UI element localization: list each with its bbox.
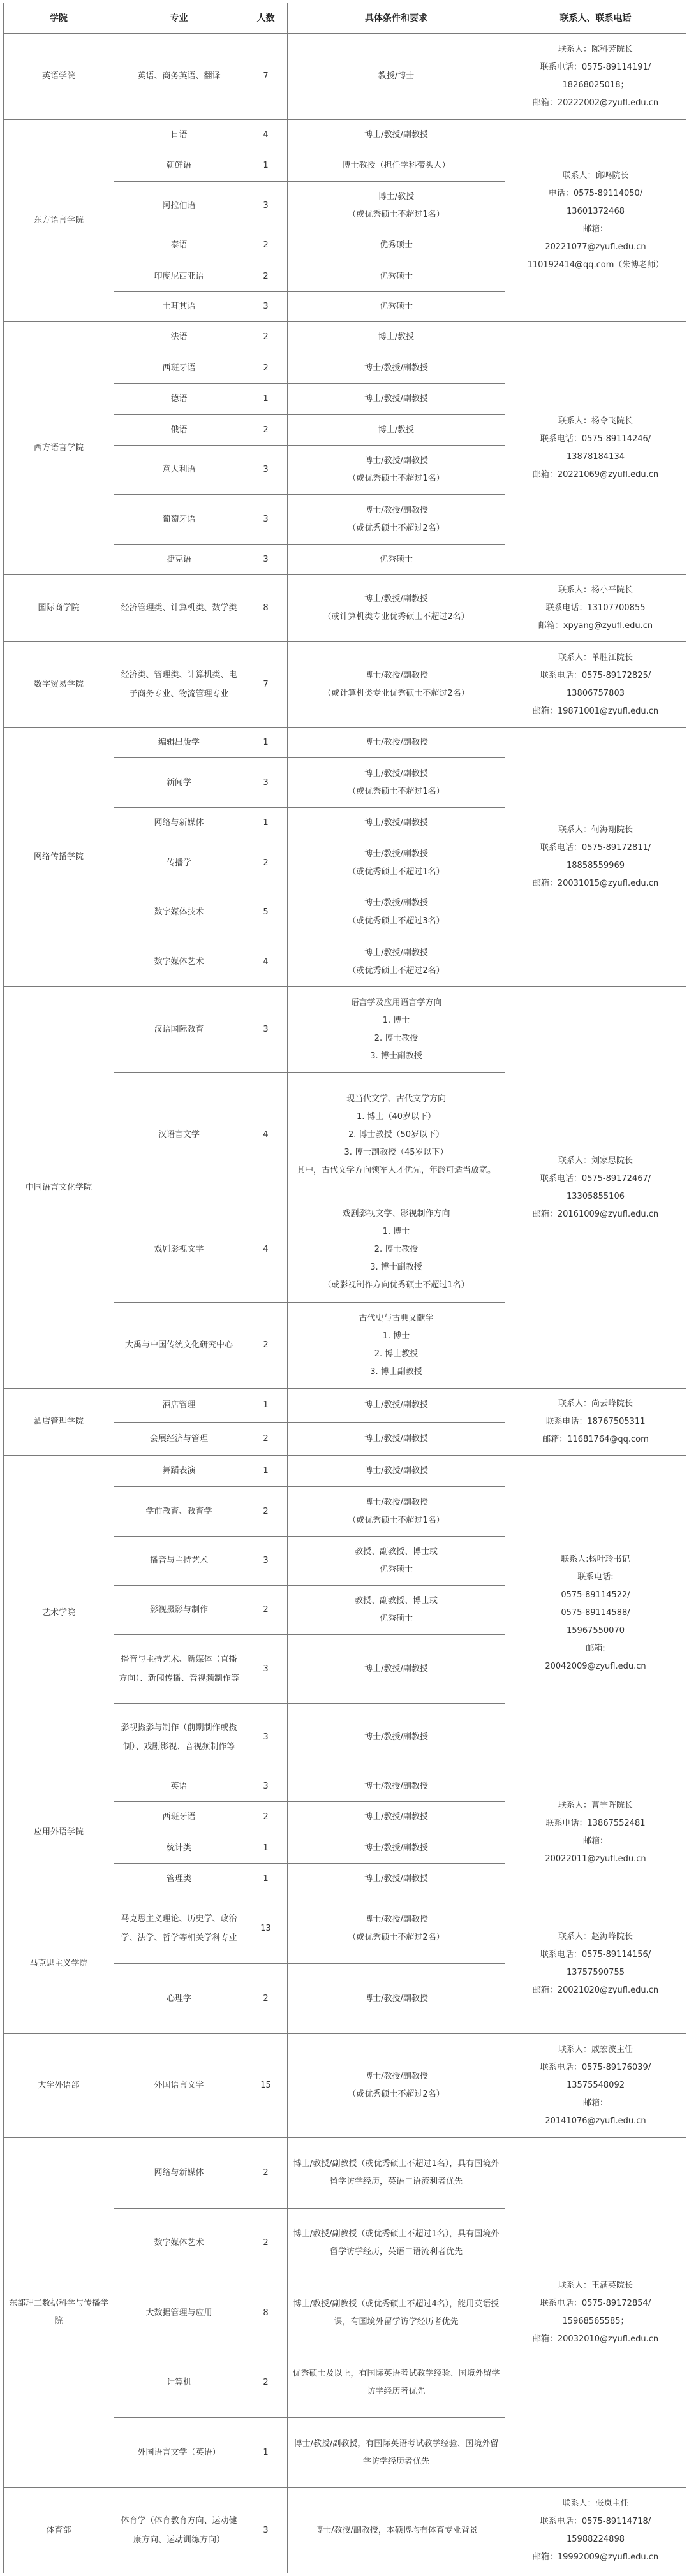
requirement-line: （或优秀硕士不超过1名） [292, 206, 501, 224]
count-cell: 2 [244, 2348, 288, 2418]
requirements-cell: 戏剧影视文学、影视制作方向1. 博士2. 博士教授3. 博士副教授（或影视制作方… [288, 1197, 505, 1303]
contact-line: 联系电话：0575-89114246/ [509, 430, 682, 448]
requirements-cell: 博士/教授/副教授（或优秀硕士不超过2名） [288, 1894, 505, 1964]
requirements-cell: 博士/教授/副教授（或优秀硕士不超过1名） [288, 838, 505, 888]
count-cell: 3 [244, 1537, 288, 1586]
requirement-line: 3. 博士副教授 [292, 1363, 501, 1381]
count-cell: 3 [244, 1635, 288, 1704]
requirement-line: 博士/教授/副教授 [292, 2068, 501, 2086]
requirements-cell: 博士/教授/副教授 [288, 808, 505, 838]
contact-line: 13575548092 [509, 2077, 682, 2095]
college-name: 东方语言学院 [4, 120, 114, 322]
count-cell: 3 [244, 182, 288, 230]
contact-line: 13757590755 [509, 1964, 682, 1982]
college-name: 应用外语学院 [4, 1771, 114, 1894]
requirement-line: （或优秀硕士不超过1名） [292, 783, 501, 801]
contact-line: 联系电话：0575-89172811/ [509, 839, 682, 857]
requirement-line: 博士/教授/副教授 [292, 667, 501, 685]
requirements-cell: 博士/教授/副教授（或优秀硕士不超过1名），具有国境外留学访学经历，英语口语流利… [288, 2209, 505, 2278]
header-college: 学院 [4, 3, 114, 34]
requirement-line: （或优秀硕士不超过1名） [292, 863, 501, 881]
major-cell: 西班牙语 [114, 1802, 244, 1833]
contact-cell: 联系人:杨叶玲书记联系电话:0575-89114522/0575-8911458… [505, 1456, 686, 1771]
requirements-cell: 博士/教授/副教授 [288, 1771, 505, 1802]
major-cell: 汉语国际教育 [114, 987, 244, 1073]
requirements-cell: 优秀硕士及以上，有国际英语考试教学经验、国境外留学访学经历者优先 [288, 2348, 505, 2418]
requirements-cell: 博士/教授/副教授 [288, 384, 505, 415]
requirements-cell: 博士/教授/副教授 [288, 353, 505, 384]
count-cell: 1 [244, 808, 288, 838]
count-cell: 2 [244, 261, 288, 292]
major-cell: 法语 [114, 322, 244, 353]
requirement-line: 3. 博士副教授 [292, 1048, 501, 1065]
contact-line: 13806757803 [509, 685, 682, 703]
contact-line: 联系人：赵海峰院长 [509, 1928, 682, 1946]
count-cell: 2 [244, 838, 288, 888]
requirement-line: 博士/教授/副教授 [292, 1840, 501, 1857]
requirement-line: （或影视制作方向优秀硕士不超过1名） [292, 1277, 501, 1294]
contact-line: 联系人：张岚主任 [509, 2495, 682, 2513]
requirement-line: 1. 博士 [292, 1012, 501, 1030]
contact-line: 邮箱：20031015@zyufl.edu.cn [509, 875, 682, 893]
count-cell: 2 [244, 2209, 288, 2278]
table-row: 数字贸易学院经济类、管理类、计算机类、电子商务专业、物流管理专业7博士/教授/副… [4, 642, 686, 728]
requirements-cell: 博士/教授 [288, 322, 505, 353]
major-cell: 大数据管理与应用 [114, 2278, 244, 2348]
requirements-cell: 博士/教授/副教授（或计算机类专业优秀硕士不超过2名） [288, 575, 505, 642]
requirements-cell: 博士/教授/副教授（或优秀硕士不超过2名） [288, 495, 505, 545]
requirements-cell: 古代史与古典文献学1. 博士2. 博士教授3. 博士副教授 [288, 1303, 505, 1389]
contact-line: 110192414@qq.com（朱博老师） [509, 256, 682, 274]
count-cell: 7 [244, 34, 288, 120]
major-cell: 新闻学 [114, 758, 244, 808]
requirements-cell: 语言学及应用语言学方向1. 博士2. 博士教授3. 博士副教授 [288, 987, 505, 1073]
requirement-line: 博士/教授/副教授 [292, 360, 501, 377]
requirement-line: 博士/教授/副教授 [292, 1990, 501, 2008]
requirement-line: 2. 博士教授 [292, 1241, 501, 1259]
requirement-line: 博士/教授/副教授 [292, 390, 501, 408]
major-cell: 酒店管理 [114, 1389, 244, 1423]
table-row: 国际商学院经济管理类、计算机类、数学类8博士/教授/副教授（或计算机类专业优秀硕… [4, 575, 686, 642]
contact-line: 20022011@zyufl.edu.cn [509, 1850, 682, 1868]
requirement-line: 博士/教授/副教授 [292, 944, 501, 962]
requirements-cell: 博士/教授/副教授 [288, 1456, 505, 1487]
contact-line: 邮箱: [509, 1640, 682, 1658]
requirements-cell: 博士/教授/副教授 [288, 1802, 505, 1833]
contact-line: 邮箱： [509, 221, 682, 238]
contact-line: 联系电话: [509, 1569, 682, 1586]
requirement-line: 2. 博士教授 [292, 1345, 501, 1363]
requirement-line: 博士/教授/副教授 [292, 1660, 501, 1678]
count-cell: 8 [244, 2278, 288, 2348]
requirement-line: 博士/教授/副教授 [292, 1396, 501, 1414]
major-cell: 网络与新媒体 [114, 2138, 244, 2209]
header-count: 人数 [244, 3, 288, 34]
requirement-line: 优秀硕士 [292, 1561, 501, 1579]
contact-line: 0575-89114588/ [509, 1604, 682, 1622]
contact-line: 联系电话：0575-89172467/ [509, 1170, 682, 1188]
contact-line: 15968565585； [509, 2313, 682, 2331]
count-cell: 1 [244, 384, 288, 415]
requirements-cell: 教授、副教授、博士或优秀硕士 [288, 1537, 505, 1586]
requirement-line: （或优秀硕士不超过2名） [292, 520, 501, 538]
requirements-cell: 博士/教授/副教授 [288, 728, 505, 758]
requirement-line: （或优秀硕士不超过2名） [292, 1929, 501, 1947]
contact-line: 联系人：单胜江院长 [509, 649, 682, 667]
contact-line: 15988224898 [509, 2531, 682, 2549]
contact-line: 联系人：曹宇晖院长 [509, 1797, 682, 1815]
contact-line: 联系人：尚云峰院长 [509, 1395, 682, 1413]
requirement-line: 博士/教授/副教授，本硕博均有体育专业背景 [292, 2522, 501, 2540]
requirement-line: （或优秀硕士不超过3名） [292, 912, 501, 930]
contact-line: 联系人：杨小平院长 [509, 582, 682, 599]
table-row: 大学外语部外国语言文学15博士/教授/副教授（或优秀硕士不超过2名）联系人：戚宏… [4, 2034, 686, 2138]
major-cell: 德语 [114, 384, 244, 415]
major-cell: 阿拉伯语 [114, 182, 244, 230]
requirement-line: 博士/教授/副教授 [292, 1911, 501, 1929]
count-cell: 1 [244, 728, 288, 758]
contact-line: 联系人：刘家思院长 [509, 1152, 682, 1170]
contact-cell: 联系人：尚云峰院长联系电话：18767505311邮箱：11681764@qq.… [505, 1389, 686, 1456]
contact-line: 联系人：戚宏波主任 [509, 2041, 682, 2059]
major-cell: 管理类 [114, 1864, 244, 1894]
recruitment-table: 学院 专业 人数 具体条件和要求 联系人、联系电话 英语学院英语、商务英语、翻译… [3, 3, 686, 2573]
header-requirements: 具体条件和要求 [288, 3, 505, 34]
contact-line: 邮箱：20161009@zyufl.edu.cn [509, 1206, 682, 1224]
college-name: 酒店管理学院 [4, 1389, 114, 1456]
contact-cell: 联系人：邱鸣院长电话：0575-89114050/13601372468邮箱：2… [505, 120, 686, 322]
requirement-line: 博士/教授/副教授 [292, 1462, 501, 1480]
requirement-line: 博士/教授/副教授 [292, 1729, 501, 1746]
count-cell: 2 [244, 1586, 288, 1635]
requirement-line: 博士/教授/副教授 [292, 734, 501, 752]
contact-line: 邮箱：xpyang@zyufl.edu.cn [509, 617, 682, 635]
major-cell: 意大利语 [114, 446, 244, 495]
requirement-line: 现当代文学、古代文学方向 [292, 1090, 501, 1108]
major-cell: 戏剧影视文学 [114, 1197, 244, 1303]
requirement-line: 戏剧影视文学、影视制作方向 [292, 1205, 501, 1223]
contact-line: 邮箱：20222002@zyufl.edu.cn [509, 94, 682, 112]
requirement-line: （或优秀硕士不超过2名） [292, 962, 501, 980]
count-cell: 1 [244, 150, 288, 182]
contact-line: 邮箱：20221069@zyufl.edu.cn [509, 466, 682, 484]
contact-line: 联系人：陈科芳院长 [509, 41, 682, 59]
contact-cell: 联系人：王满英院长联系电话：0575-89172854/15968565585；… [505, 2138, 686, 2488]
count-cell: 3 [244, 446, 288, 495]
requirements-cell: 教授、副教授、博士或优秀硕士 [288, 1586, 505, 1635]
major-cell: 俄语 [114, 415, 244, 446]
requirements-cell: 博士/教授/副教授 [288, 1635, 505, 1704]
requirement-line: 3. 博士副教授 [292, 1259, 501, 1277]
major-cell: 网络与新媒体 [114, 808, 244, 838]
requirement-line: 博士/教授/副教授 [292, 845, 501, 863]
contact-cell: 联系人：单胜江院长联系电话：0575-89172825/13806757803邮… [505, 642, 686, 728]
major-cell: 西班牙语 [114, 353, 244, 384]
count-cell: 1 [244, 2418, 288, 2488]
contact-line: 联系人：何海翔院长 [509, 821, 682, 839]
college-name: 体育部 [4, 2488, 114, 2573]
count-cell: 2 [244, 322, 288, 353]
major-cell: 大禹与中国传统文化研究中心 [114, 1303, 244, 1389]
header-major: 专业 [114, 3, 244, 34]
college-name: 中国语言文化学院 [4, 987, 114, 1389]
requirements-cell: 优秀硕士 [288, 545, 505, 575]
requirement-line: 博士教授（担任学科带头人） [292, 157, 501, 175]
contact-cell: 联系人：杨小平院长联系电话：13107700855邮箱：xpyang@zyufl… [505, 575, 686, 642]
requirements-cell: 博士/教授/副教授（或优秀硕士不超过1名） [288, 1487, 505, 1537]
contact-line: 15967550070 [509, 1622, 682, 1640]
requirement-line: 博士/教授/副教授（或优秀硕士不超过1名），具有国境外留学访学经历，英语口语流利… [292, 2155, 501, 2191]
count-cell: 1 [244, 1456, 288, 1487]
contact-cell: 联系人：陈科芳院长联系电话：0575-89114191/18268025018；… [505, 34, 686, 120]
college-name: 大学外语部 [4, 2034, 114, 2138]
requirement-line: （或优秀硕士不超过1名） [292, 470, 501, 488]
table-row: 酒店管理学院酒店管理1博士/教授/副教授联系人：尚云峰院长联系电话：187675… [4, 1389, 686, 1423]
requirements-cell: 优秀硕士 [288, 261, 505, 292]
requirement-line: （或优秀硕士不超过2名） [292, 2086, 501, 2104]
requirement-line: 博士/教授 [292, 421, 501, 439]
count-cell: 8 [244, 575, 288, 642]
contact-cell: 联系人：何海翔院长联系电话：0575-89172811/18858559969邮… [505, 728, 686, 987]
requirements-cell: 博士/教授/副教授（或计算机类专业优秀硕士不超过2名） [288, 642, 505, 728]
requirement-line: 博士/教授/副教授 [292, 765, 501, 783]
college-name: 数字贸易学院 [4, 642, 114, 728]
major-cell: 葡萄牙语 [114, 495, 244, 545]
college-name: 国际商学院 [4, 575, 114, 642]
requirement-line: （或计算机类专业优秀硕士不超过2名） [292, 608, 501, 626]
requirements-cell: 优秀硕士 [288, 292, 505, 322]
requirement-line: 2. 博士教授 [292, 1030, 501, 1048]
requirement-line: 博士/教授/副教授 [292, 590, 501, 608]
count-cell: 4 [244, 1073, 288, 1197]
requirement-line: 优秀硕士 [292, 237, 501, 254]
count-cell: 3 [244, 2488, 288, 2573]
major-cell: 计算机 [114, 2348, 244, 2418]
major-cell: 学前教育、教育学 [114, 1487, 244, 1537]
requirement-line: 博士/教授/副教授，有国际英语考试教学经验、国境外留学访学经历者优先 [292, 2435, 501, 2471]
major-cell: 体育学（体育教育方向、运动健康方向、运动训练方向） [114, 2488, 244, 2573]
count-cell: 1 [244, 1389, 288, 1423]
table-row: 中国语言文化学院汉语国际教育3语言学及应用语言学方向1. 博士2. 博士教授3.… [4, 987, 686, 1073]
requirement-line: 博士/教授/副教授 [292, 502, 501, 520]
count-cell: 2 [244, 1423, 288, 1456]
count-cell: 1 [244, 1833, 288, 1864]
contact-line: 13878184134 [509, 448, 682, 466]
contact-line: 邮箱：19992009@zyufl.edu.cn [509, 2549, 682, 2566]
contact-line: 20141076@zyufl.edu.cn [509, 2112, 682, 2130]
requirement-line: 博士/教授/副教授 [292, 1870, 501, 1888]
contact-line: 联系电话：13867552481 [509, 1815, 682, 1833]
count-cell: 2 [244, 230, 288, 261]
requirements-cell: 博士/教授/副教授（或优秀硕士不超过1名），具有国境外留学访学经历，英语口语流利… [288, 2138, 505, 2209]
contact-line: 邮箱： [509, 2095, 682, 2112]
requirement-line: 博士/教授/副教授 [292, 1430, 501, 1448]
requirement-line: 博士/教授/副教授 [292, 1808, 501, 1826]
major-cell: 心理学 [114, 1964, 244, 2034]
major-cell: 经济管理类、计算机类、数学类 [114, 575, 244, 642]
requirement-line: 博士/教授/副教授 [292, 895, 501, 912]
requirement-line: 博士/教授/副教授 [292, 1778, 501, 1796]
contact-line: 18858559969 [509, 857, 682, 875]
requirements-cell: 博士/教授/副教授，本硕博均有体育专业背景 [288, 2488, 505, 2573]
requirement-line: （或计算机类专业优秀硕士不超过2名） [292, 685, 501, 703]
table-body: 英语学院英语、商务英语、翻译7教授/博士联系人：陈科芳院长联系电话：0575-8… [4, 34, 686, 2573]
table-row: 西方语言学院法语2博士/教授联系人：杨令飞院长联系电话：0575-8911424… [4, 322, 686, 353]
college-name: 西方语言学院 [4, 322, 114, 575]
college-name: 艺术学院 [4, 1456, 114, 1771]
requirement-line: 教授、副教授、博士或 [292, 1543, 501, 1561]
count-cell: 13 [244, 1894, 288, 1964]
requirements-cell: 博士/教授/副教授 [288, 1964, 505, 2034]
requirements-cell: 博士/教授/副教授 [288, 1833, 505, 1864]
major-cell: 捷克语 [114, 545, 244, 575]
major-cell: 土耳其语 [114, 292, 244, 322]
requirements-cell: 博士/教授/副教授 [288, 1389, 505, 1423]
major-cell: 印度尼西亚语 [114, 261, 244, 292]
count-cell: 3 [244, 1771, 288, 1802]
table-row: 英语学院英语、商务英语、翻译7教授/博士联系人：陈科芳院长联系电话：0575-8… [4, 34, 686, 120]
major-cell: 汉语言文学 [114, 1073, 244, 1197]
contact-line: 联系电话：0575-89114156/ [509, 1946, 682, 1964]
count-cell: 2 [244, 1303, 288, 1389]
contact-line: 联系电话：0575-89114718/ [509, 2513, 682, 2531]
count-cell: 15 [244, 2034, 288, 2138]
table-row: 马克思主义学院马克思主义理论、历史学、政治学、法学、哲学等相关学科专业13博士/… [4, 1894, 686, 1964]
requirement-line: 教授、副教授、博士或 [292, 1592, 501, 1610]
major-cell: 英语、商务英语、翻译 [114, 34, 244, 120]
requirement-line: 博士/教授/副教授 [292, 1494, 501, 1512]
requirement-line: 教授/博士 [292, 68, 501, 85]
table-row: 网络传播学院编辑出版学1博士/教授/副教授联系人：何海翔院长联系电话：0575-… [4, 728, 686, 758]
count-cell: 3 [244, 495, 288, 545]
college-name: 马克思主义学院 [4, 1894, 114, 2034]
count-cell: 4 [244, 120, 288, 150]
requirements-cell: 博士/教授/副教授，有国际英语考试教学经验、国境外留学访学经历者优先 [288, 2418, 505, 2488]
contact-line: 18268025018； [509, 77, 682, 94]
contact-cell: 联系人：赵海峰院长联系电话：0575-89114156/13757590755邮… [505, 1894, 686, 2034]
major-cell: 数字媒体技术 [114, 888, 244, 937]
major-cell: 马克思主义理论、历史学、政治学、法学、哲学等相关学科专业 [114, 1894, 244, 1964]
contact-line: 联系人：杨令飞院长 [509, 413, 682, 430]
requirement-line: 博士/教授/副教授 [292, 814, 501, 832]
major-cell: 数字媒体艺术 [114, 2209, 244, 2278]
major-cell: 数字媒体艺术 [114, 937, 244, 987]
requirement-line: 博士/教授 [292, 328, 501, 346]
major-cell: 经济类、管理类、计算机类、电子商务专业、物流管理专业 [114, 642, 244, 728]
contact-line: 联系电话：13107700855 [509, 599, 682, 617]
requirements-cell: 博士/教授/副教授（或优秀硕士不超过4名），能用英语授课，有国境外留学访学经历者… [288, 2278, 505, 2348]
college-name: 网络传播学院 [4, 728, 114, 987]
requirement-line: 博士/教授/副教授（或优秀硕士不超过4名），能用英语授课，有国境外留学访学经历者… [292, 2295, 501, 2331]
table-row: 体育部体育学（体育教育方向、运动健康方向、运动训练方向）3博士/教授/副教授，本… [4, 2488, 686, 2573]
count-cell: 2 [244, 415, 288, 446]
contact-line: 联系人:杨叶玲书记 [509, 1551, 682, 1569]
requirements-cell: 博士/教授/副教授 [288, 1423, 505, 1456]
count-cell: 2 [244, 1802, 288, 1833]
requirement-line: 2. 博士教授（50岁以下） [292, 1126, 501, 1144]
count-cell: 5 [244, 888, 288, 937]
count-cell: 3 [244, 987, 288, 1073]
contact-line: 联系电话：0575-89114191/ [509, 59, 682, 77]
requirements-cell: 博士/教授/副教授 [288, 120, 505, 150]
requirements-cell: 博士/教授/副教授（或优秀硕士不超过2名） [288, 937, 505, 987]
major-cell: 统计类 [114, 1833, 244, 1864]
requirements-cell: 博士/教授 [288, 415, 505, 446]
requirement-line: 博士/教授/副教授 [292, 452, 501, 470]
major-cell: 外国语言文学 [114, 2034, 244, 2138]
count-cell: 3 [244, 292, 288, 322]
requirements-cell: 博士/教授/副教授（或优秀硕士不超过1名） [288, 758, 505, 808]
requirement-line: 1. 博士 [292, 1223, 501, 1241]
header-row: 学院 专业 人数 具体条件和要求 联系人、联系电话 [4, 3, 686, 34]
count-cell: 3 [244, 758, 288, 808]
count-cell: 3 [244, 545, 288, 575]
contact-line: 20221077@zyufl.edu.cn [509, 238, 682, 256]
major-cell: 外国语言文学（英语） [114, 2418, 244, 2488]
count-cell: 2 [244, 1487, 288, 1537]
table-row: 东部理工数据科学与传播学院网络与新媒体2博士/教授/副教授（或优秀硕士不超过1名… [4, 2138, 686, 2209]
table-row: 应用外语学院英语3博士/教授/副教授联系人：曹宇晖院长联系电话：13867552… [4, 1771, 686, 1802]
requirements-cell: 博士教授（担任学科带头人） [288, 150, 505, 182]
requirement-line: 优秀硕士 [292, 268, 501, 286]
major-cell: 播音与主持艺术 [114, 1537, 244, 1586]
contact-line: 20042009@zyufl.edu.cn [509, 1658, 682, 1676]
contact-cell: 联系人：刘家思院长联系电话：0575-89172467/13305855106邮… [505, 987, 686, 1389]
contact-line: 邮箱：19871001@zyufl.edu.cn [509, 703, 682, 721]
contact-line: 联系电话：0575-89172854/ [509, 2295, 682, 2313]
contact-cell: 联系人：杨令飞院长联系电话：0575-89114246/13878184134邮… [505, 322, 686, 575]
count-cell: 2 [244, 353, 288, 384]
contact-line: 13601372468 [509, 203, 682, 221]
requirement-line: 博士/教授 [292, 188, 501, 206]
major-cell: 影视摄影与制作 [114, 1586, 244, 1635]
requirements-cell: 博士/教授/副教授（或优秀硕士不超过2名） [288, 2034, 505, 2138]
contact-line: 邮箱： [509, 1833, 682, 1850]
major-cell: 影视摄影与制作（前期制作或摄制）、戏剧影视、音视频制作等 [114, 1704, 244, 1771]
requirement-line: 优秀硕士 [292, 551, 501, 569]
requirements-cell: 教授/博士 [288, 34, 505, 120]
count-cell: 4 [244, 937, 288, 987]
contact-line: 联系人：王满英院长 [509, 2277, 682, 2295]
college-name: 东部理工数据科学与传播学院 [4, 2138, 114, 2488]
requirement-line: 1. 博士（40岁以下） [292, 1108, 501, 1126]
table-row: 东方语言学院日语4博士/教授/副教授联系人：邱鸣院长电话：0575-891140… [4, 120, 686, 150]
count-cell: 3 [244, 1704, 288, 1771]
requirement-line: 其中，古代文学方向领军人才优先，年龄可适当放宽。 [292, 1162, 501, 1180]
requirements-cell: 优秀硕士 [288, 230, 505, 261]
contact-line: 邮箱：11681764@qq.com [509, 1431, 682, 1449]
requirement-line: 古代史与古典文献学 [292, 1310, 501, 1328]
contact-cell: 联系人：戚宏波主任联系电话：0575-89176039/13575548092邮… [505, 2034, 686, 2138]
major-cell: 播音与主持艺术、新媒体（直播方向）、新闻传播、音视频制作等 [114, 1635, 244, 1704]
major-cell: 会展经济与管理 [114, 1423, 244, 1456]
count-cell: 2 [244, 1964, 288, 2034]
count-cell: 2 [244, 2138, 288, 2209]
major-cell: 泰语 [114, 230, 244, 261]
requirements-cell: 博士/教授/副教授 [288, 1864, 505, 1894]
requirement-line: 3. 博士副教授（45岁以下） [292, 1144, 501, 1162]
requirements-cell: 博士/教授/副教授（或优秀硕士不超过3名） [288, 888, 505, 937]
count-cell: 4 [244, 1197, 288, 1303]
requirement-line: 语言学及应用语言学方向 [292, 994, 501, 1012]
requirements-cell: 博士/教授（或优秀硕士不超过1名） [288, 182, 505, 230]
contact-line: 联系电话：18767505311 [509, 1413, 682, 1431]
requirement-line: 优秀硕士 [292, 298, 501, 316]
contact-line: 邮箱：20032010@zyufl.edu.cn [509, 2331, 682, 2348]
requirement-line: 博士/教授/副教授 [292, 126, 501, 144]
major-cell: 日语 [114, 120, 244, 150]
major-cell: 传播学 [114, 838, 244, 888]
